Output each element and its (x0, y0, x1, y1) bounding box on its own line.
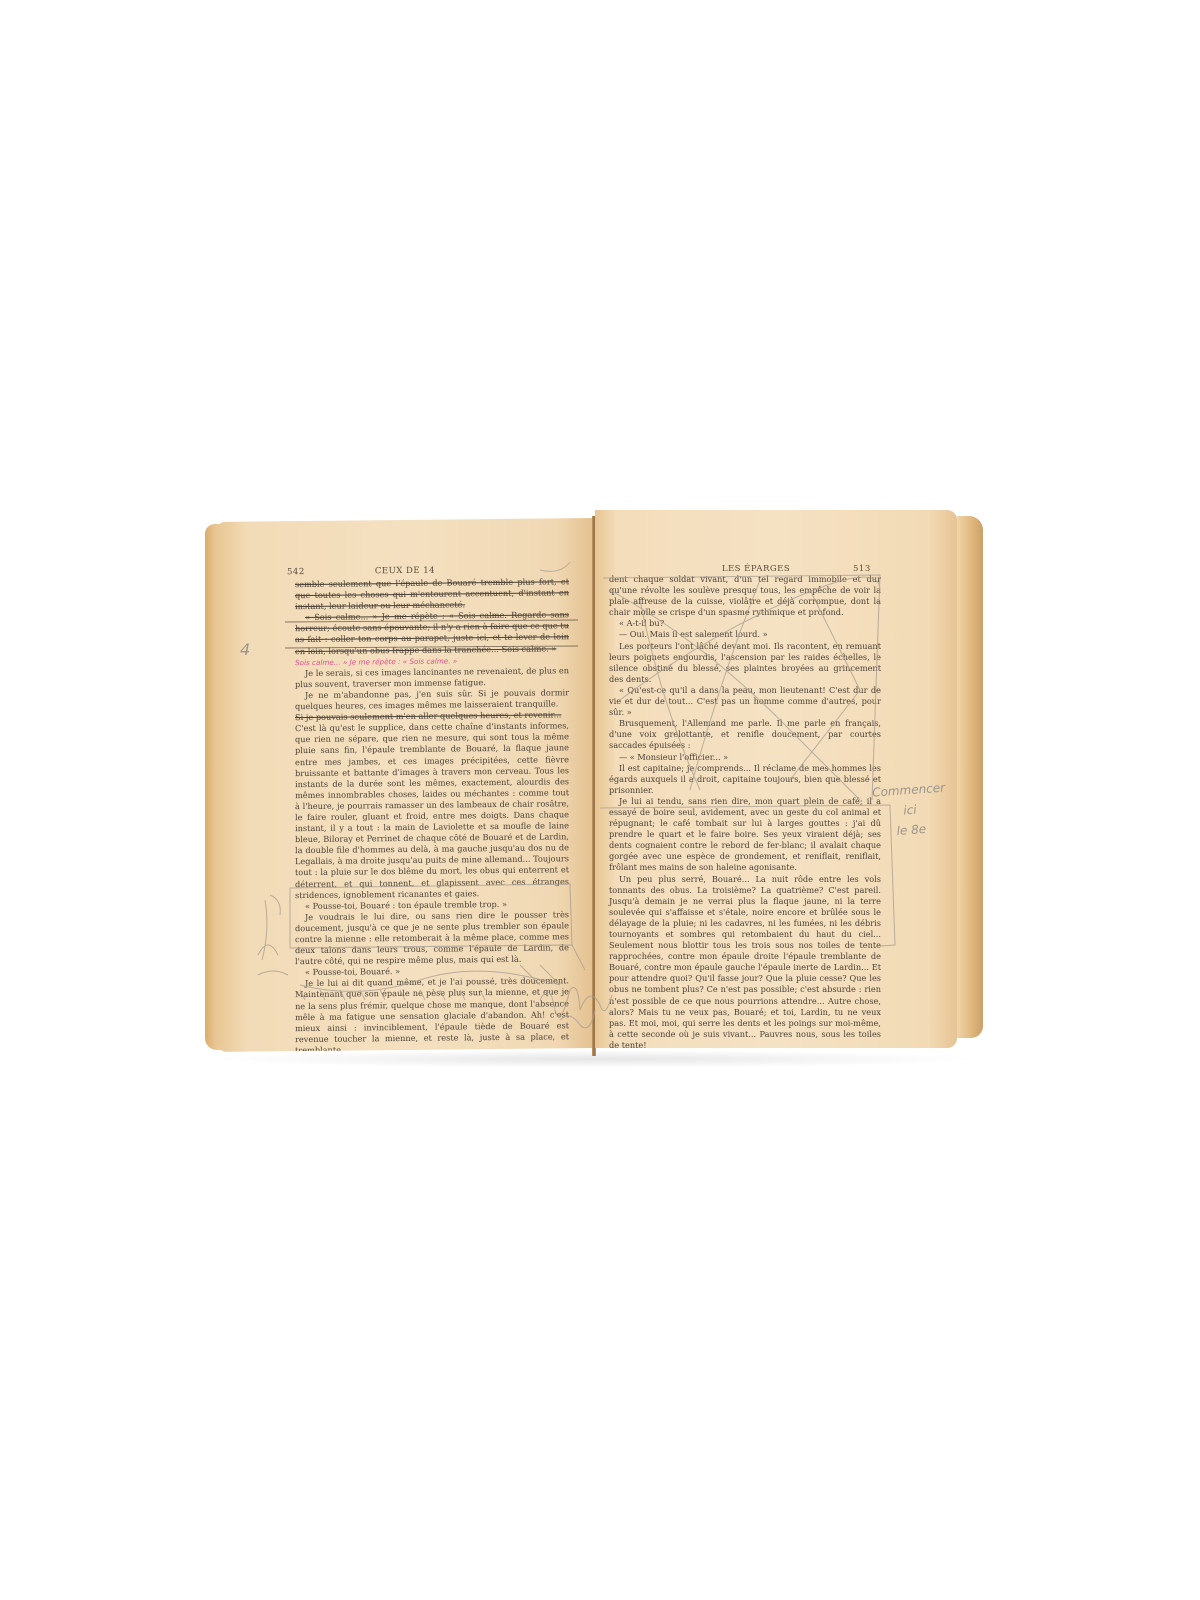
paragraph: Les porteurs l'ont lâché devant moi. Ils… (609, 641, 881, 685)
open-book: 542 CEUX DE 14 semble seulement que l'ép… (205, 510, 983, 1058)
paragraph: « A-t-il bu? (609, 618, 881, 629)
margin-note-right: Commencer ici le 8e (868, 777, 952, 842)
paragraph: Je lui ai tendu, sans rien dire, mon qua… (609, 796, 881, 874)
paragraph: — « Monsieur l'officier... » (609, 752, 881, 763)
paragraph: Brusquement, l'Allemand me parle. Il me … (609, 718, 881, 751)
paragraph: « Sois calme... » Je me répète : « Sois … (295, 610, 569, 657)
left-page-text: semble seulement que l'épaule de Bouaré … (295, 576, 569, 1052)
paragraph: Je le serais, si ces images lancinantes … (295, 665, 569, 690)
paragraph: Je voudrais le lui dire, ou sans rien di… (295, 909, 569, 967)
paragraph: « Qu'est-ce qu'il a dans la peau, mon li… (609, 685, 881, 718)
paragraph: — Oui. Mais il est salement lourd. » (609, 629, 881, 640)
right-page-edges (957, 516, 983, 1038)
right-page: LES ÉPARGES 513 dent chaque soldat vivan… (595, 510, 957, 1048)
paragraph: C'est là qu'est le supplice, dans cette … (295, 720, 569, 900)
running-title: LES ÉPARGES (595, 564, 957, 574)
page-number: 513 (853, 564, 871, 574)
paragraph: semble seulement que l'épaule de Bouaré … (295, 576, 569, 612)
paragraph: dent chaque soldat vivant, d'un tel rega… (609, 574, 881, 618)
left-running-head: 542 CEUX DE 14 (217, 564, 593, 568)
paragraph: Je le lui ai dit quand même, et je l'ai … (295, 976, 569, 1052)
paragraph: Un peu plus serré, Bouaré... La nuit rôd… (609, 874, 881, 1048)
paragraph: Il est capitaine; je comprends... Il réc… (609, 763, 881, 796)
margin-mark-left: 4 (240, 640, 250, 659)
left-page: 542 CEUX DE 14 semble seulement que l'ép… (217, 518, 593, 1052)
right-page-text: dent chaque soldat vivant, d'un tel rega… (609, 574, 881, 1048)
paragraph: Je ne m'abandonne pas, j'en suis sûr. Si… (295, 687, 569, 712)
